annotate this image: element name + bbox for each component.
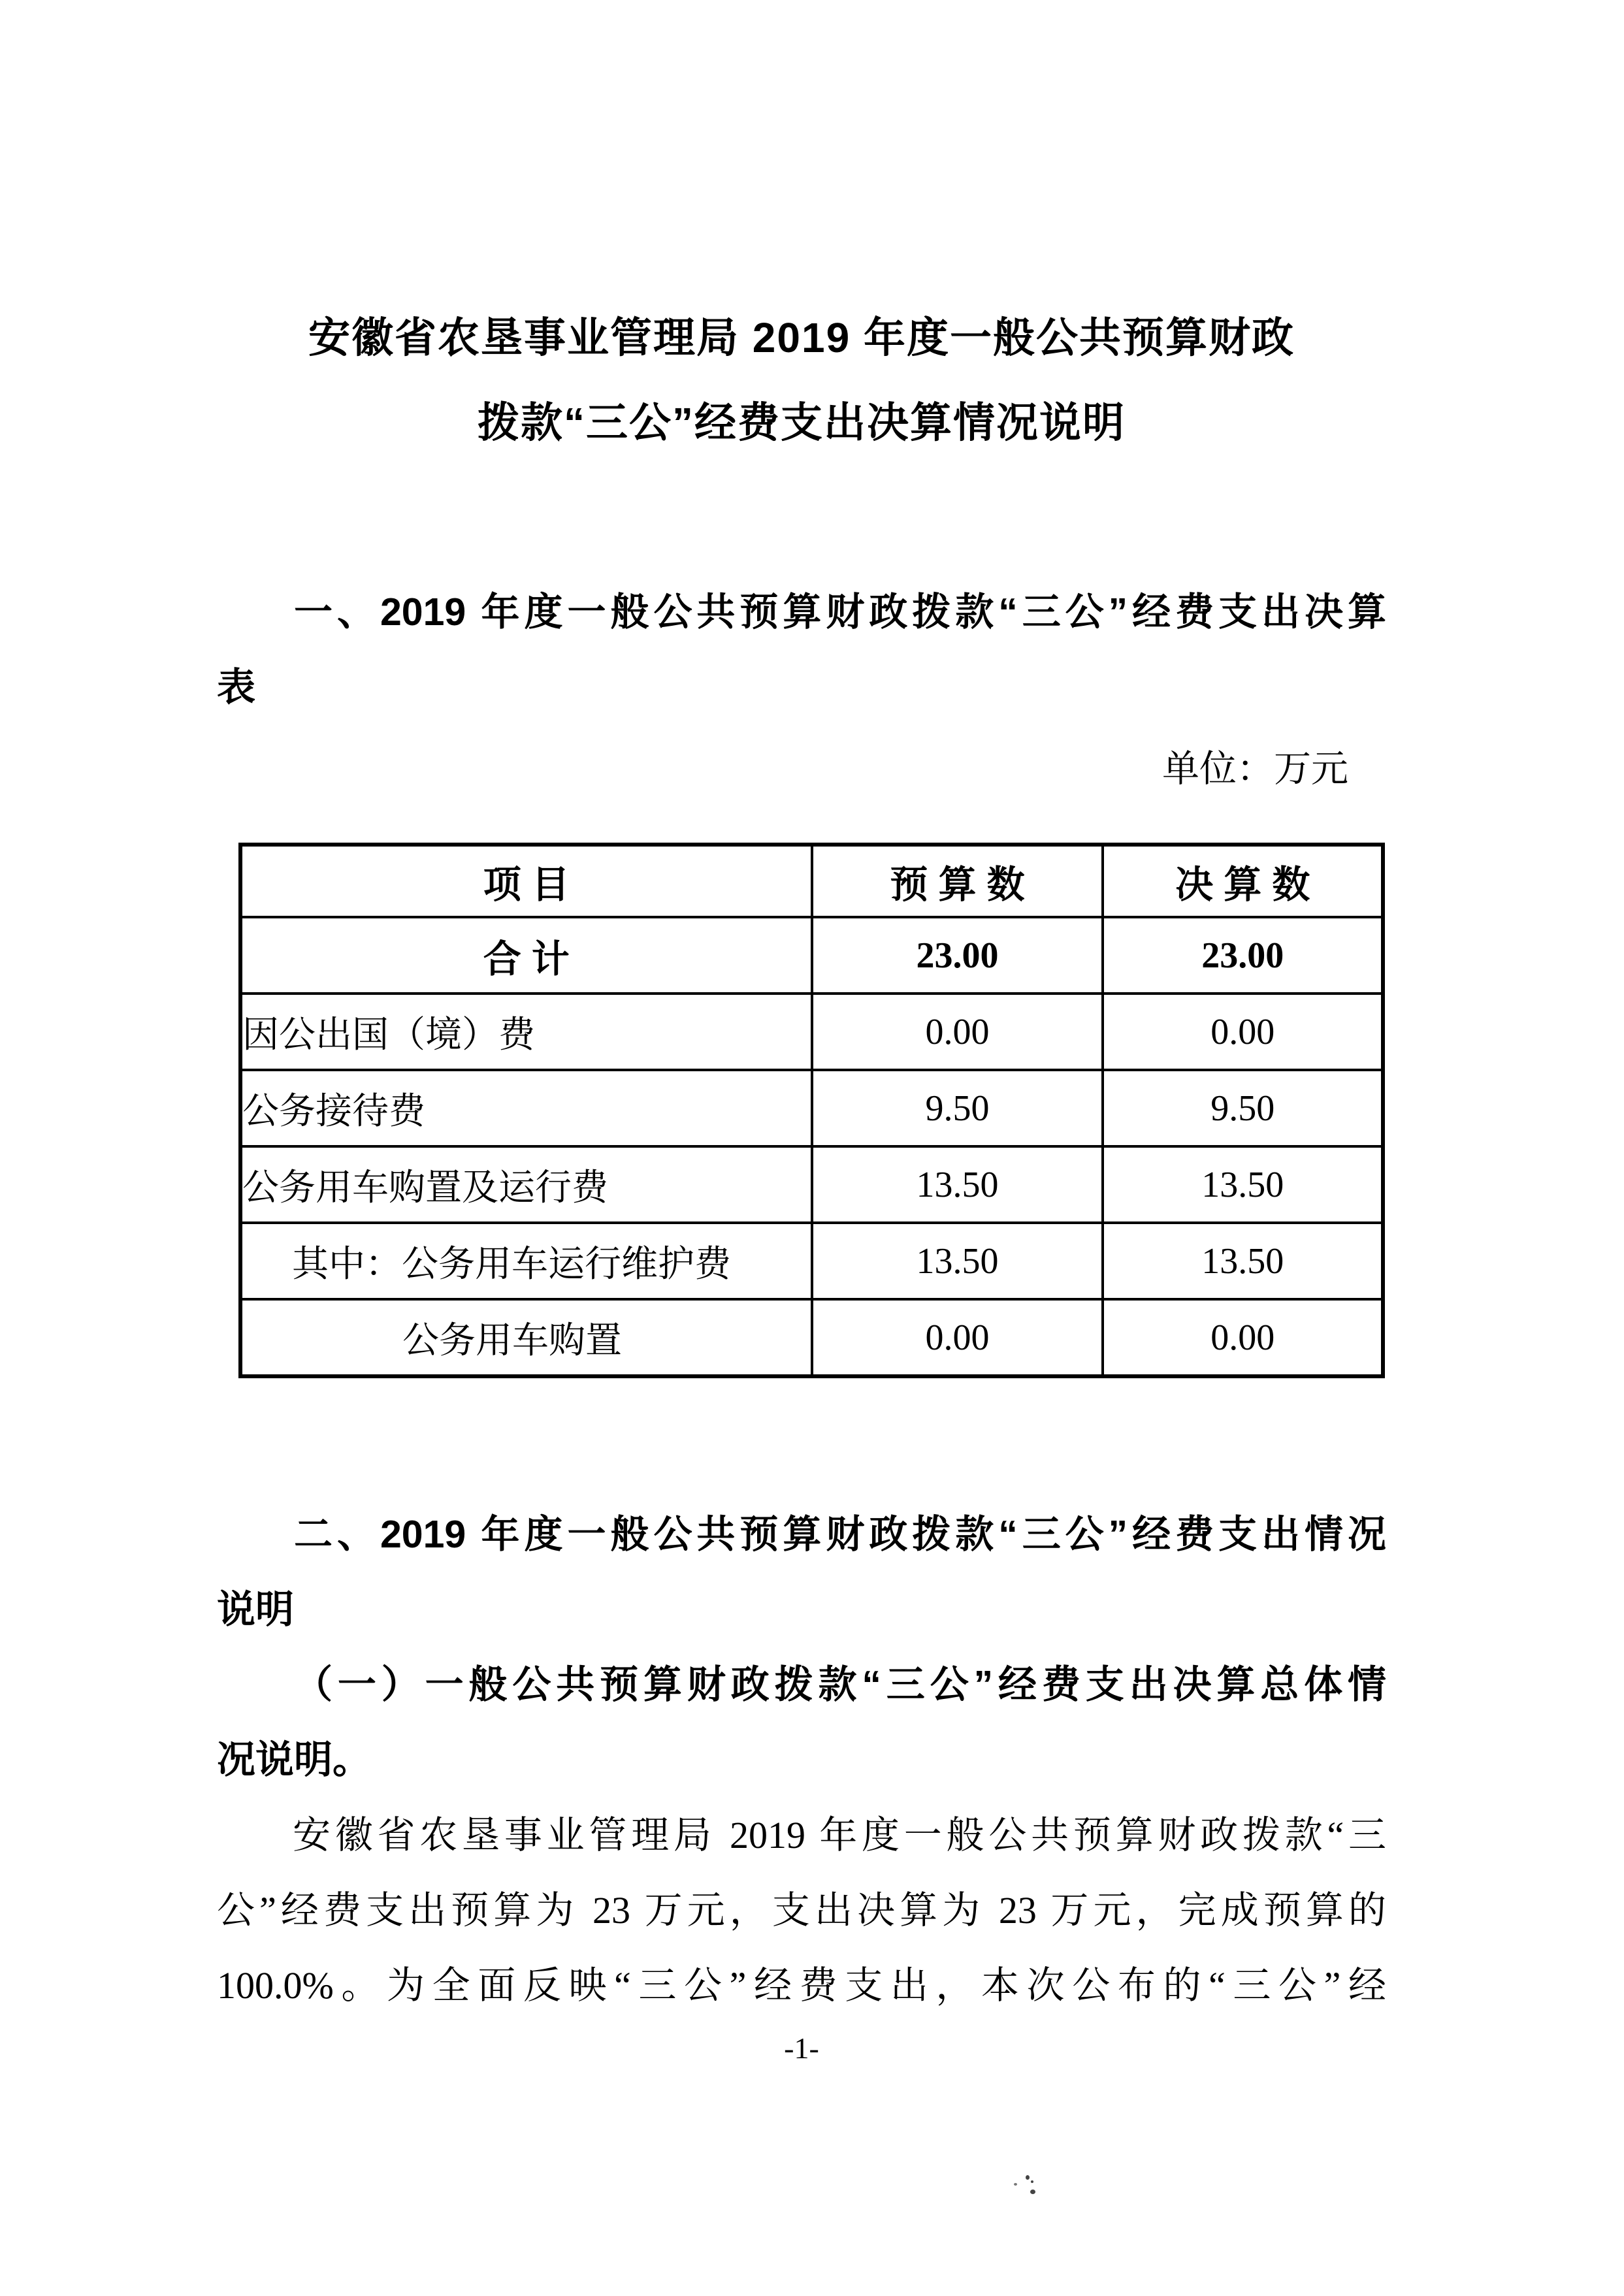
item-cell: 公务用车购置 — [240, 1299, 812, 1376]
title-line-1: 安徽省农垦事业管理局 2019 年度一般公共预算财政 — [217, 295, 1386, 380]
section2-sub-heading: （一）一般公共预算财政拨款“三公”经费支出决算总体情 况说明。 — [217, 1647, 1386, 1798]
table-row: 合 计 23.00 23.00 — [240, 917, 1383, 994]
table-row: 公务接待费 9.50 9.50 — [240, 1070, 1383, 1146]
section1-heading-line-1: 一、2019 年度一般公共预算财政拨款“三公”经费支出决算 — [217, 575, 1386, 650]
column-header-final: 决 算 数 — [1103, 845, 1383, 917]
final-cell: 23.00 — [1103, 917, 1383, 994]
table-header-row: 项 目 预 算 数 决 算 数 — [240, 845, 1383, 917]
page-number: -1- — [217, 2031, 1386, 2065]
section2-heading-line-2: 说明 — [217, 1572, 1386, 1647]
table-row: 因公出国（境）费 0.00 0.00 — [240, 994, 1383, 1070]
budget-cell: 9.50 — [812, 1070, 1103, 1146]
scan-artifact — [1014, 2175, 1040, 2195]
budget-cell: 0.00 — [812, 1299, 1103, 1376]
unit-label: 单位：万元 — [217, 732, 1386, 807]
table-row: 公务用车购置及运行费 13.50 13.50 — [240, 1146, 1383, 1223]
budget-cell: 13.50 — [812, 1146, 1103, 1223]
budget-cell: 0.00 — [812, 994, 1103, 1070]
sub-heading-line-1: （一）一般公共预算财政拨款“三公”经费支出决算总体情 — [217, 1647, 1386, 1722]
final-cell: 0.00 — [1103, 1299, 1383, 1376]
final-cell: 13.50 — [1103, 1223, 1383, 1299]
item-cell: 其中：公务用车运行维护费 — [240, 1223, 812, 1299]
paragraph-line-3: 100.0%。为全面反映“三公”经费支出，本次公布的“三公”经 — [217, 1948, 1386, 2023]
document-page: 安徽省农垦事业管理局 2019 年度一般公共预算财政 拨款“三公”经费支出决算情… — [217, 0, 1386, 2065]
paragraph-line-1: 安徽省农垦事业管理局 2019 年度一般公共预算财政拨款“三 — [217, 1798, 1386, 1873]
column-header-item: 项 目 — [240, 845, 812, 917]
final-cell: 0.00 — [1103, 994, 1383, 1070]
body-paragraph: 安徽省农垦事业管理局 2019 年度一般公共预算财政拨款“三 公”经费支出预算为… — [217, 1798, 1386, 2023]
document-title: 安徽省农垦事业管理局 2019 年度一般公共预算财政 拨款“三公”经费支出决算情… — [217, 0, 1386, 465]
item-cell: 公务接待费 — [240, 1070, 812, 1146]
sub-heading-line-2: 况说明。 — [217, 1722, 1386, 1798]
expenditure-table: 项 目 预 算 数 决 算 数 合 计 23.00 23.00 因公出国（境）费… — [238, 843, 1385, 1378]
section2-heading: 二、2019 年度一般公共预算财政拨款“三公”经费支出情况 说明 — [217, 1497, 1386, 1647]
section1-heading: 一、2019 年度一般公共预算财政拨款“三公”经费支出决算 表 — [217, 575, 1386, 725]
section1-heading-line-2: 表 — [217, 650, 1386, 725]
item-cell: 合 计 — [240, 917, 812, 994]
title-line-2: 拨款“三公”经费支出决算情况说明 — [217, 380, 1386, 465]
table-row: 公务用车购置 0.00 0.00 — [240, 1299, 1383, 1376]
table-row: 其中：公务用车运行维护费 13.50 13.50 — [240, 1223, 1383, 1299]
item-cell: 因公出国（境）费 — [240, 994, 812, 1070]
budget-cell: 23.00 — [812, 917, 1103, 994]
section2-heading-line-1: 二、2019 年度一般公共预算财政拨款“三公”经费支出情况 — [217, 1497, 1386, 1572]
final-cell: 13.50 — [1103, 1146, 1383, 1223]
paragraph-line-2: 公”经费支出预算为 23 万元，支出决算为 23 万元，完成预算的 — [217, 1873, 1386, 1948]
budget-cell: 13.50 — [812, 1223, 1103, 1299]
item-cell: 公务用车购置及运行费 — [240, 1146, 812, 1223]
column-header-budget: 预 算 数 — [812, 845, 1103, 917]
final-cell: 9.50 — [1103, 1070, 1383, 1146]
